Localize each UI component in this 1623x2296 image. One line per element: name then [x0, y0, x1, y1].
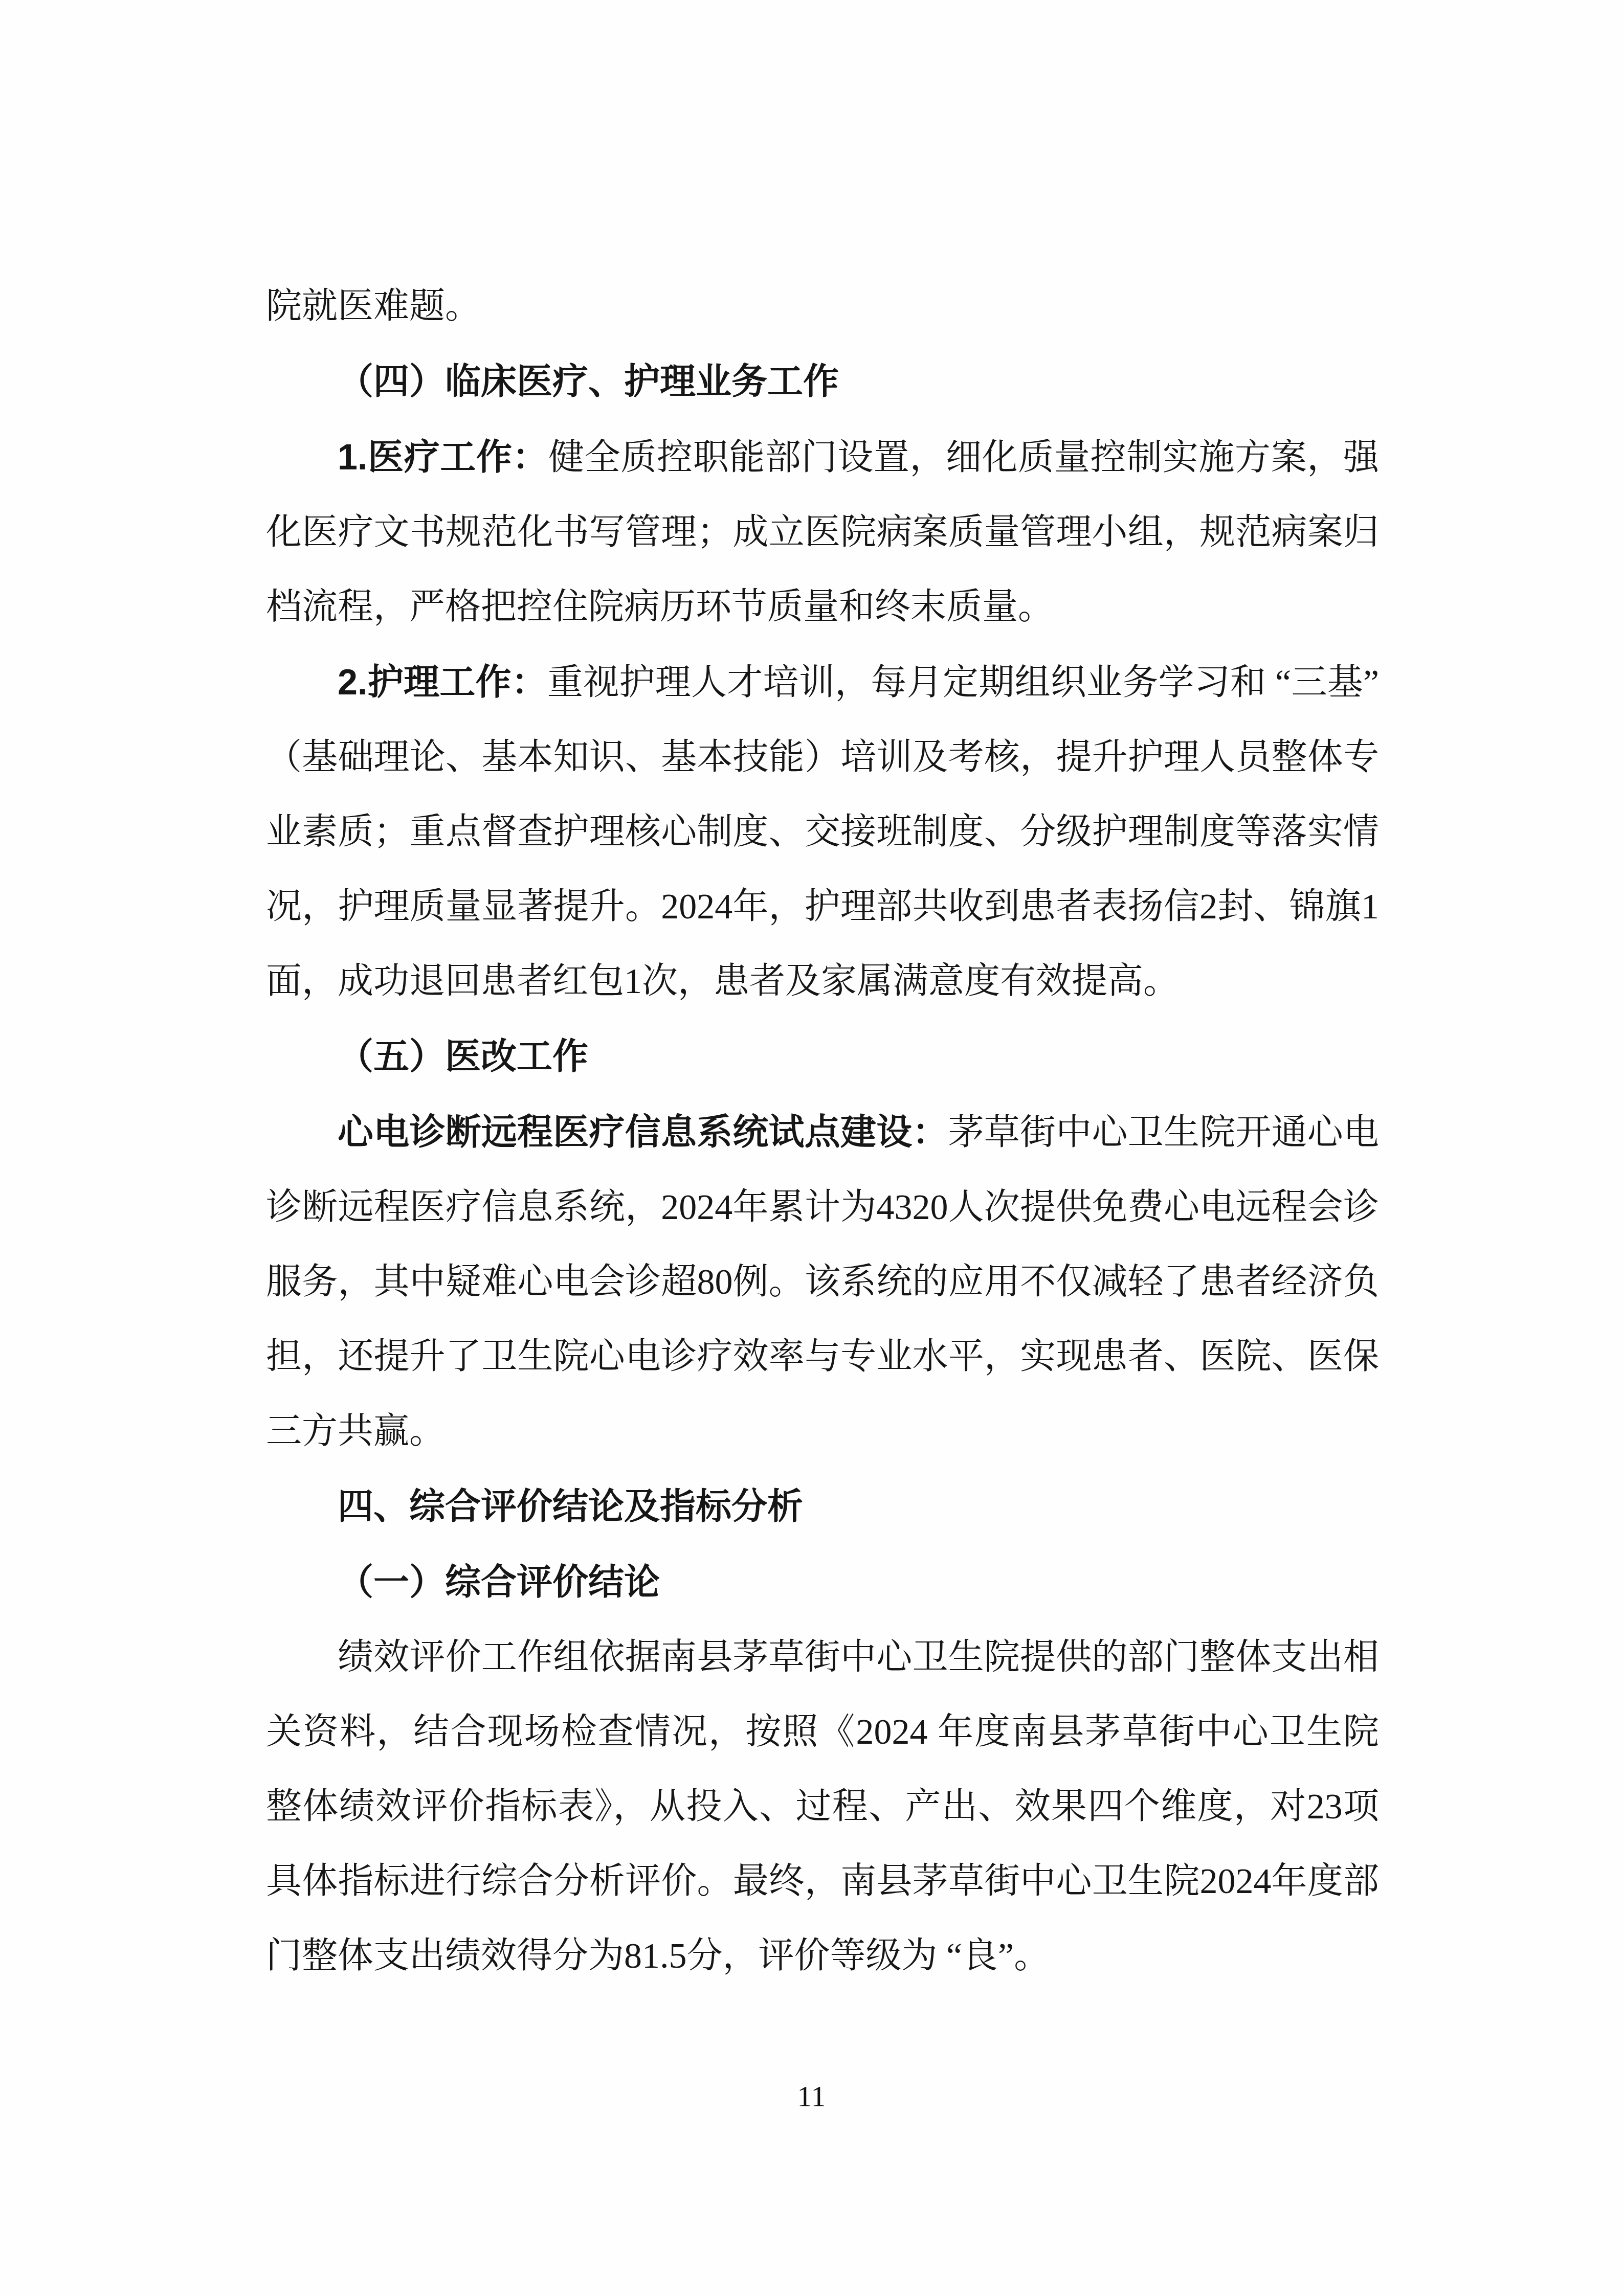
section-heading: （一）综合评价结论 [266, 1545, 1379, 1620]
body-text: 院就医难题。 [266, 287, 481, 326]
emphasis-text: 2.护理工作： [338, 662, 547, 702]
emphasis-text: （一）综合评价结论 [338, 1562, 660, 1602]
emphasis-text: 心电诊断远程医疗信息系统试点建设： [338, 1112, 948, 1152]
section-heading: （四）临床医疗、护理业务工作 [266, 344, 1379, 420]
paragraph: 绩效评价工作组依据南县茅草街中心卫生院提供的部门整体支出相关资料，结合现场检查情… [266, 1620, 1379, 1994]
emphasis-text: （五）医改工作 [338, 1037, 588, 1076]
paragraph: 2.护理工作：重视护理人才培训，每月定期组织业务学习和 “三基”（基础理论、基本… [266, 645, 1379, 1019]
emphasis-text: 四、综合评价结论及指标分析 [338, 1487, 803, 1526]
document-page: 院就医难题。（四）临床医疗、护理业务工作1.医疗工作：健全质控职能部门设置，细化… [0, 0, 1623, 2296]
paragraph: 心电诊断远程医疗信息系统试点建设：茅草街中心卫生院开通心电诊断远程医疗信息系统，… [266, 1095, 1379, 1469]
emphasis-text: （四）临床医疗、护理业务工作 [338, 362, 839, 401]
body-text: 茅草街中心卫生院开通心电诊断远程医疗信息系统，2024年累计为4320人次提供免… [266, 1113, 1379, 1451]
section-heading: （五）医改工作 [266, 1019, 1379, 1095]
document-body: 院就医难题。（四）临床医疗、护理业务工作1.医疗工作：健全质控职能部门设置，细化… [266, 269, 1379, 1994]
body-text: 重视护理人才培训，每月定期组织业务学习和 “三基”（基础理论、基本知识、基本技能… [266, 663, 1379, 1001]
paragraph: 1.医疗工作：健全质控职能部门设置，细化质量控制实施方案，强化医疗文书规范化书写… [266, 420, 1379, 645]
section-heading: 四、综合评价结论及指标分析 [266, 1469, 1379, 1545]
emphasis-text: 1.医疗工作： [338, 437, 548, 477]
body-text: 绩效评价工作组依据南县茅草街中心卫生院提供的部门整体支出相关资料，结合现场检查情… [266, 1638, 1379, 1976]
page-number: 11 [0, 2075, 1623, 2118]
paragraph: 院就医难题。 [266, 269, 1379, 344]
